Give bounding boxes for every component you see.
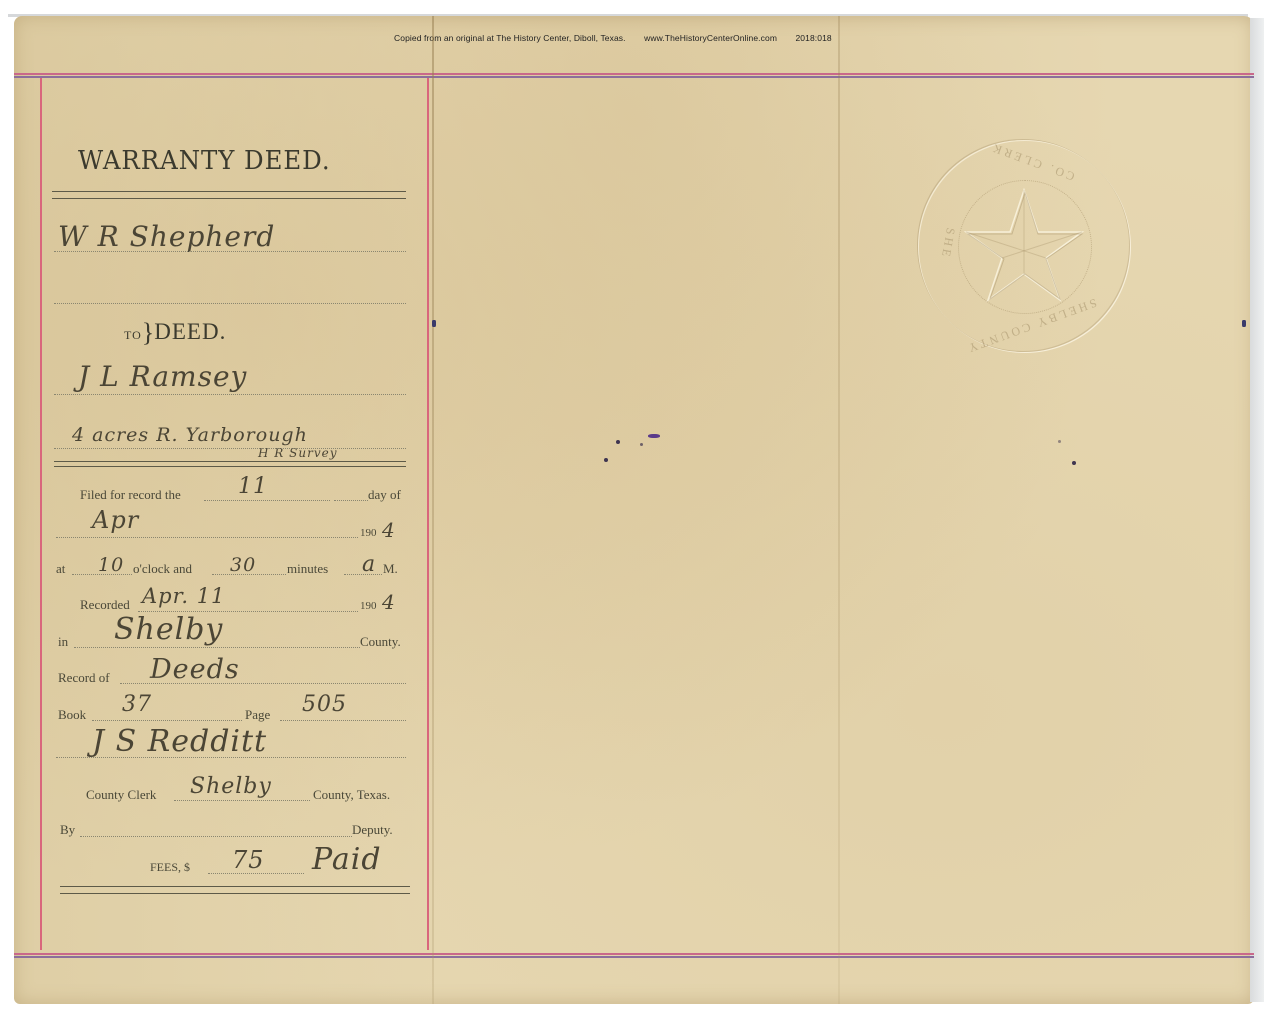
day-of-label: day of bbox=[368, 487, 401, 503]
county-label: County. bbox=[360, 634, 401, 650]
record-of-value: Deeds bbox=[150, 654, 240, 685]
fold-line-right bbox=[838, 16, 840, 1004]
ink-spot bbox=[1072, 461, 1076, 465]
filed-year-prefix: 190 bbox=[360, 527, 377, 539]
county-line bbox=[74, 647, 360, 648]
deed-label: DEED. bbox=[154, 319, 226, 344]
clerk-signature: J S Redditt bbox=[92, 724, 267, 759]
county-clerk-line bbox=[174, 800, 310, 801]
fold-mark bbox=[1242, 320, 1246, 327]
fold-mark bbox=[432, 320, 436, 327]
m-label: M. bbox=[383, 561, 398, 577]
county-value: Shelby bbox=[114, 612, 223, 647]
ink-spot bbox=[604, 458, 608, 462]
recorded-date: Apr. 11 bbox=[142, 584, 225, 608]
book-label: Book bbox=[58, 707, 86, 723]
grantee-line bbox=[54, 394, 406, 395]
right-margin-rule bbox=[427, 78, 429, 950]
recorded-label: Recorded bbox=[80, 597, 130, 613]
fees-paid-note: Paid bbox=[312, 842, 382, 877]
grantor-line-2 bbox=[54, 303, 406, 304]
by-label: By bbox=[60, 822, 75, 838]
deed-title: WARRANTY DEED. bbox=[78, 146, 360, 176]
grantor-name: W R Shepherd bbox=[58, 220, 275, 253]
credit-catalog-id: 2018:018 bbox=[795, 33, 831, 43]
time-hour: 10 bbox=[98, 554, 124, 576]
county-clerk-label: County Clerk bbox=[86, 787, 156, 803]
filed-label: Filed for record the bbox=[80, 487, 181, 503]
page-value: 505 bbox=[302, 692, 347, 717]
deputy-label: Deputy. bbox=[352, 822, 393, 838]
recorded-year-prefix: 190 bbox=[360, 600, 377, 612]
recorded-year-digit: 4 bbox=[382, 590, 396, 614]
record-of-label: Record of bbox=[58, 670, 110, 686]
filed-day-line bbox=[204, 500, 330, 501]
to-label: TO bbox=[124, 328, 142, 342]
embossed-county-seal: CO. CLERK SHE SHELBY COUNTY bbox=[918, 140, 1130, 352]
filed-day: 11 bbox=[238, 474, 268, 499]
oclock-label: o'clock and bbox=[133, 561, 192, 577]
book-value: 37 bbox=[122, 692, 152, 717]
page-line bbox=[280, 720, 406, 721]
time-minutes: 30 bbox=[230, 554, 256, 576]
fees-value: 75 bbox=[232, 846, 265, 874]
record-of-line bbox=[120, 683, 406, 684]
book-line bbox=[92, 720, 242, 721]
credit-website: www.TheHistoryCenterOnline.com bbox=[644, 33, 777, 43]
filed-day-line-2 bbox=[334, 500, 368, 501]
minutes-label: minutes bbox=[287, 561, 328, 577]
grantor-line bbox=[54, 251, 406, 252]
brace-glyph: } bbox=[142, 318, 154, 347]
ink-spot bbox=[1058, 440, 1061, 443]
clerk-signature-line bbox=[56, 757, 406, 758]
ink-smudge bbox=[648, 434, 660, 438]
fees-rule-bottom bbox=[60, 893, 410, 894]
county-clerk-value: Shelby bbox=[190, 774, 272, 799]
credit-source: Copied from an original at The History C… bbox=[394, 33, 626, 43]
filed-year-digit: 4 bbox=[382, 518, 396, 542]
section-rule-top bbox=[54, 461, 406, 462]
in-label: in bbox=[58, 634, 68, 650]
ink-spot bbox=[616, 440, 620, 444]
time-meridiem: a bbox=[362, 552, 376, 577]
top-double-rule bbox=[14, 73, 1254, 78]
grantee-name: J L Ramsey bbox=[78, 360, 247, 393]
at-label: at bbox=[56, 561, 65, 577]
left-margin-rule bbox=[40, 78, 42, 950]
scan-right-edge bbox=[1250, 18, 1264, 1002]
county-texas-label: County, Texas. bbox=[313, 787, 390, 803]
section-rule-bottom bbox=[54, 466, 406, 467]
bottom-double-rule bbox=[14, 953, 1254, 958]
filed-month: Apr bbox=[92, 506, 139, 534]
credit-line: Copied from an original at The History C… bbox=[394, 33, 894, 43]
filed-month-line bbox=[56, 537, 358, 538]
description-line bbox=[54, 448, 406, 449]
deputy-line bbox=[80, 836, 352, 837]
to-deed-heading: TO}DEED. bbox=[124, 318, 226, 348]
fees-label: FEES, $ bbox=[150, 860, 190, 875]
title-rule-top bbox=[52, 191, 406, 192]
property-description: 4 acres R. Yarborough bbox=[72, 424, 308, 446]
fees-rule-top bbox=[60, 886, 410, 887]
page-label: Page bbox=[245, 707, 270, 723]
title-rule-bottom bbox=[52, 198, 406, 199]
fold-line-left bbox=[432, 16, 434, 1004]
ink-spot bbox=[640, 443, 643, 446]
